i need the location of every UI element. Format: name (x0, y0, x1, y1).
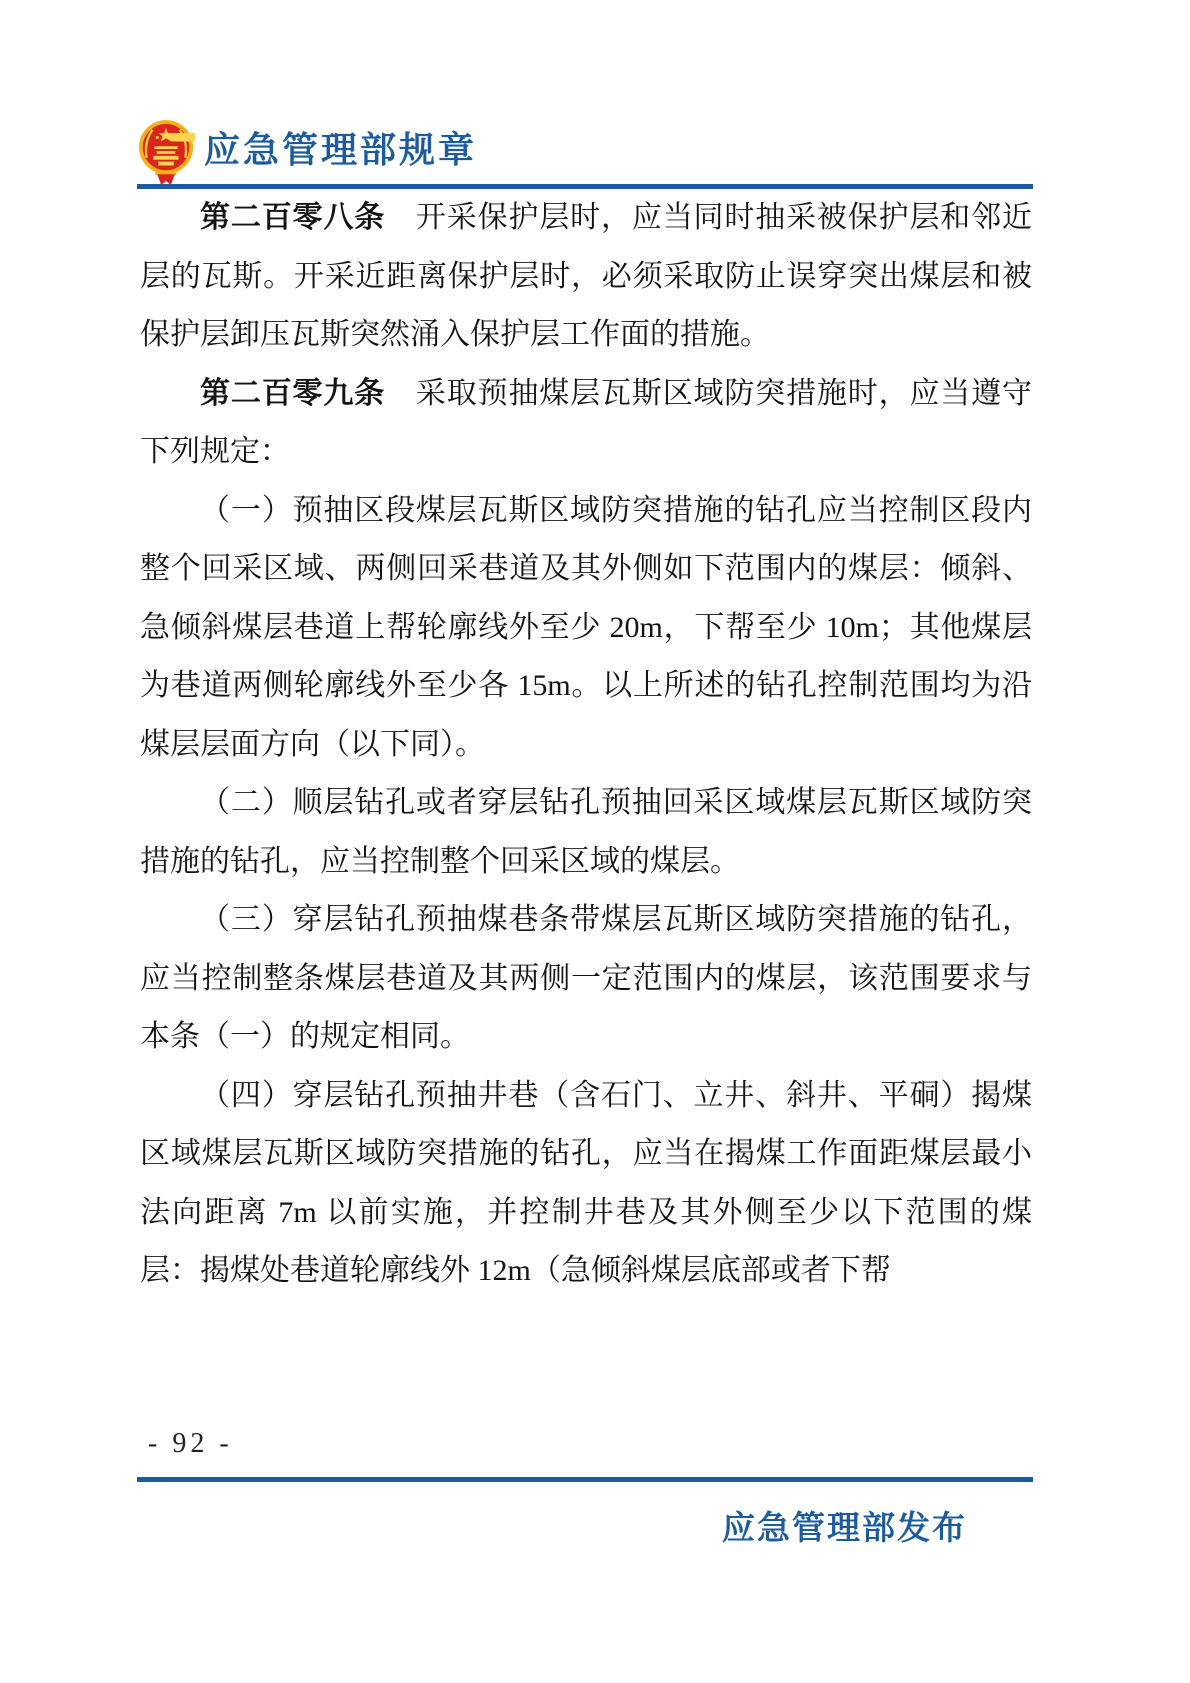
body-paragraph: （一）预抽区段煤层瓦斯区域防突措施的钻孔应当控制区段内整个回采区域、两侧回采巷道… (140, 482, 1032, 775)
article-number: 第二百零九条 (200, 377, 385, 410)
body-paragraph: （二）顺层钻孔或者穿层钻孔预抽回采区域煤层瓦斯区域防突措施的钻孔，应当控制整个回… (140, 774, 1032, 891)
document-header: 应急管理部规章 (137, 116, 477, 186)
page-number: - 92 - (148, 1428, 233, 1460)
national-emblem-icon (137, 117, 195, 185)
body-paragraph: （四）穿层钻孔预抽井巷（含石门、立井、斜井、平硐）揭煤区域煤层瓦斯区域防突措施的… (140, 1067, 1032, 1301)
article-number: 第二百零八条 (200, 201, 385, 234)
header-title: 应急管理部规章 (204, 122, 477, 173)
body-paragraph: 第二百零八条 开采保护层时，应当同时抽采被保护层和邻近层的瓦斯。开采近距离保护层… (140, 189, 1032, 365)
document-body: 第二百零八条 开采保护层时，应当同时抽采被保护层和邻近层的瓦斯。开采近距离保护层… (140, 189, 1032, 1301)
document-page: 应急管理部规章 第二百零八条 开采保护层时，应当同时抽采被保护层和邻近层的瓦斯。… (0, 0, 1190, 1683)
footer-publisher: 应急管理部发布 (722, 1502, 967, 1549)
footer-rule (137, 1477, 1033, 1482)
body-paragraph: （三）穿层钻孔预抽煤巷条带煤层瓦斯区域防突措施的钻孔，应当控制整条煤层巷道及其两… (140, 891, 1032, 1067)
body-paragraph: 第二百零九条 采取预抽煤层瓦斯区域防突措施时，应当遵守下列规定： (140, 365, 1032, 482)
